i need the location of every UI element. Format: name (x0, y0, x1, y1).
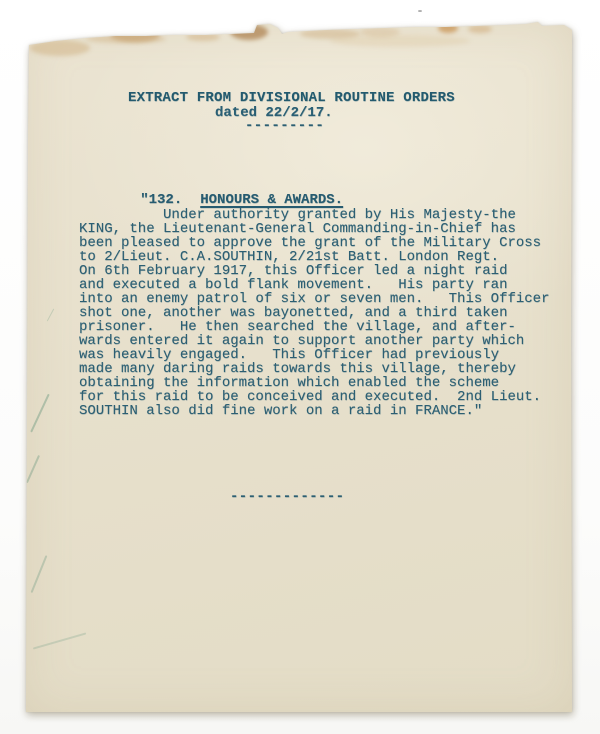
section-number: "132. (140, 192, 182, 208)
top-edge-stain (86, 35, 166, 43)
top-edge-stain (438, 23, 458, 33)
closing-dashed-rule: ------------- (230, 490, 344, 504)
crease-mark (47, 309, 55, 322)
top-edge-stain (230, 24, 268, 40)
scan-background: EXTRACT FROM DIVISIONAL ROUTINE ORDERS d… (0, 0, 600, 734)
crease-mark (30, 394, 49, 433)
top-edge-stain (330, 35, 470, 47)
top-edge-stain (30, 40, 90, 56)
crease-mark (26, 455, 40, 483)
paper-sheet: EXTRACT FROM DIVISIONAL ROUTINE ORDERS d… (26, 22, 572, 714)
crease-mark (31, 555, 47, 593)
crease-mark (33, 632, 86, 649)
section-title: HONOURS & AWARDS. (200, 192, 343, 208)
top-edge-stain (186, 33, 220, 41)
document-title: EXTRACT FROM DIVISIONAL ROUTINE ORDERS (128, 91, 455, 105)
dust-speck (418, 10, 422, 12)
body-paragraph: Under authority granted by His Majesty-t… (79, 208, 573, 418)
title-dashed-rule: --------- (245, 119, 324, 133)
top-edge-stain (468, 25, 492, 33)
